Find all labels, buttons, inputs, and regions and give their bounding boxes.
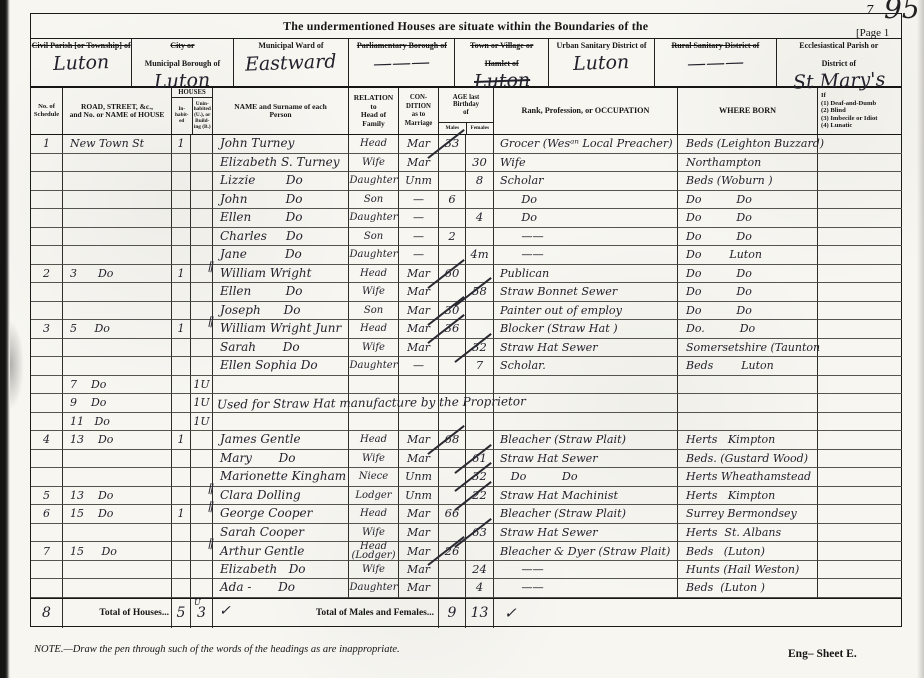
cell-inhabited: [172, 376, 191, 395]
cell-relation: Daughter: [349, 357, 399, 376]
cell-where-born: Herts Kimpton: [678, 487, 818, 506]
district-value: Luton: [53, 49, 110, 77]
district-value: Luton: [473, 67, 530, 95]
cell-road: 5 Do: [63, 320, 172, 339]
cell-relation: Wife: [349, 154, 399, 173]
cell-name: [213, 376, 349, 395]
cell-age-male: [439, 209, 466, 228]
cell-age-female: 22: [466, 487, 494, 506]
cell-road: [63, 154, 172, 173]
cell-age-female: 7: [466, 357, 494, 376]
cell-road: 13 Do: [63, 487, 172, 506]
col-header-infirmity: If (1) Deaf-and-Dumb (2) Blind (3) Imbec…: [818, 88, 902, 134]
cell-occupation: Straw Hat Sewer: [494, 524, 678, 543]
cell-inhabited: 1: [172, 265, 191, 284]
cell-road: [63, 561, 172, 580]
table-header-row: No. of Schedule ROAD, STREET, &c., and N…: [31, 88, 901, 135]
table-row: Sarah CooperWifeMar63Straw Hat SewerHert…: [31, 524, 901, 543]
cell-relation: Wife: [349, 283, 399, 302]
form-title-row: The undermentioned Houses are situate wi…: [31, 14, 901, 39]
cell-road: [63, 172, 172, 191]
cell-occupation: [494, 413, 678, 432]
cell-condition: Mar: [399, 339, 439, 358]
cell-condition: Mar: [399, 524, 439, 543]
cell-occupation: Bleacher (Straw Plait): [494, 431, 678, 450]
cell-relation: Daughter: [349, 246, 399, 265]
cell-schedule: 6: [31, 505, 63, 524]
cell-age-male: 60: [439, 265, 466, 284]
cell-uninhabited: [191, 135, 213, 154]
totals-left-mark: 8: [31, 599, 63, 628]
cell-age-male: 36: [439, 320, 466, 339]
table-row: Elizabeth S. TurneyWifeMar30WifeNorthamp…: [31, 154, 901, 173]
cell-where-born: Do Luton: [678, 246, 818, 265]
cell-road: 11 Do: [63, 413, 172, 432]
district-box-urban-sanitary: Urban Sanitary District of Luton: [549, 39, 655, 86]
cell-uninhabited: [191, 579, 213, 598]
cell-age-female: [466, 320, 494, 339]
cell-uninhabited: [191, 191, 213, 210]
cell-infirmity: [818, 579, 902, 598]
cell-name: Ada - Do: [213, 579, 349, 598]
district-label: Civil Parish [or Township] of: [32, 39, 131, 50]
cell-age-female: [466, 413, 494, 432]
cell-uninhabited: [191, 172, 213, 191]
cell-condition: Mar: [399, 579, 439, 598]
cell-inhabited: [172, 413, 191, 432]
cell-occupation: Scholar.: [494, 357, 678, 376]
cell-schedule: [31, 209, 63, 228]
cell-condition: —: [399, 246, 439, 265]
cell-road: [63, 450, 172, 469]
cell-road: 15 Do: [63, 505, 172, 524]
cell-name: Used for Straw Hat manufacture by the Pr…: [213, 394, 349, 413]
cell-road: New Town St: [63, 135, 172, 154]
district-value: St Mary's: [792, 66, 885, 95]
cell-age-male: 30: [439, 302, 466, 321]
cell-infirmity: [818, 228, 902, 247]
cell-road: [63, 246, 172, 265]
table-row: Ellen Sophia DoDaughter—7Scholar.Beds Lu…: [31, 357, 901, 376]
cell-age-female: 24: [466, 561, 494, 580]
cell-age-male: [439, 468, 466, 487]
cell-where-born: Do Do: [678, 265, 818, 284]
cell-relation: Head (Lodger): [349, 542, 399, 561]
cell-occupation: ——: [494, 561, 678, 580]
cell-uninhabited: [191, 154, 213, 173]
cell-age-female: 30: [466, 154, 494, 173]
cell-road: 9 Do: [63, 394, 172, 413]
cell-where-born: Herts Kimpton: [678, 431, 818, 450]
cell-road: 13 Do: [63, 431, 172, 450]
cell-schedule: [31, 357, 63, 376]
cell-where-born: Beds (Luton): [678, 542, 818, 561]
cell-name: Joseph Do: [213, 302, 349, 321]
cell-age-male: [439, 154, 466, 173]
cell-uninhabited: [191, 561, 213, 580]
cell-inhabited: [172, 209, 191, 228]
district-label: City or: [170, 41, 194, 50]
cell-infirmity: [818, 209, 902, 228]
cell-relation: Niece: [349, 468, 399, 487]
cell-occupation: ——: [494, 579, 678, 598]
cell-schedule: [31, 524, 63, 543]
cell-occupation: Wife: [494, 154, 678, 173]
col-header-males: Males: [439, 123, 467, 134]
cell-infirmity: [818, 357, 902, 376]
cell-inhabited: [172, 246, 191, 265]
cell-inhabited: 1: [172, 431, 191, 450]
cell-inhabited: [172, 487, 191, 506]
cell-condition: Mar: [399, 542, 439, 561]
cell-relation: [349, 413, 399, 432]
cell-occupation: Publican: [494, 265, 678, 284]
total-inhabited: 5: [172, 599, 191, 628]
cell-uninhabited: [191, 339, 213, 358]
cell-relation: Daughter: [349, 209, 399, 228]
cell-age-female: [466, 376, 494, 395]
district-value: Luton: [154, 67, 211, 95]
scan-edge-left: [0, 0, 10, 678]
cell-relation: Son: [349, 228, 399, 247]
cell-where-born: Do Do: [678, 228, 818, 247]
cell-inhabited: [172, 357, 191, 376]
cell-relation: Wife: [349, 561, 399, 580]
cell-road: [63, 357, 172, 376]
cell-where-born: Hunts (Hail Weston): [678, 561, 818, 580]
district-label: Ecclesiastical Parish or: [799, 41, 878, 50]
cell-age-male: [439, 376, 466, 395]
cell-age-female: 32: [466, 468, 494, 487]
cell-age-male: [439, 283, 466, 302]
cell-occupation: Bleacher & Dyer (Straw Plait): [494, 542, 678, 561]
district-box-municipal-ward: Municipal Ward of Eastward: [234, 39, 350, 86]
table-row: 9 Do1UUsed for Straw Hat manufacture by …: [31, 394, 901, 413]
cell-inhabited: 1: [172, 320, 191, 339]
cell-age-male: 2: [439, 228, 466, 247]
form-title: The undermentioned Houses are situate wi…: [283, 19, 649, 34]
cell-inhabited: [172, 191, 191, 210]
cell-infirmity: [818, 339, 902, 358]
cell-age-male: [439, 246, 466, 265]
cell-age-male: 68: [439, 431, 466, 450]
cell-schedule: 2: [31, 265, 63, 284]
table-row: John DoSon—6 DoDo Do: [31, 191, 901, 210]
table-row: Mary DoWifeMar61Straw Hat SewerBeds. (Gu…: [31, 450, 901, 469]
district-value: ———: [373, 49, 431, 77]
cell-road: 15 Do: [63, 542, 172, 561]
cell-age-male: 26: [439, 542, 466, 561]
cell-schedule: [31, 468, 63, 487]
cell-where-born: Herts St. Albans: [678, 524, 818, 543]
cell-occupation: Painter out of employ: [494, 302, 678, 321]
cell-condition: Mar: [399, 320, 439, 339]
cell-relation: Wife: [349, 450, 399, 469]
table-row: 35 Do1William Wright Junr∥HeadMar36Block…: [31, 320, 901, 339]
cell-schedule: 3: [31, 320, 63, 339]
cell-age-female: 58: [466, 283, 494, 302]
cell-condition: [399, 376, 439, 395]
cell-condition: Mar: [399, 561, 439, 580]
cell-name: James Gentle: [213, 431, 349, 450]
table-row: 715 DoArthur Gentle∥Head (Lodger)Mar26Bl…: [31, 542, 901, 561]
total-males: 9: [439, 599, 466, 628]
cell-occupation: Grocer (Wesᵃⁿ Local Preacher): [494, 135, 678, 154]
cell-relation: Daughter: [349, 579, 399, 598]
cell-infirmity: [818, 191, 902, 210]
cell-uninhabited: 1U: [191, 376, 213, 395]
cell-uninhabited: 1U: [191, 413, 213, 432]
cell-infirmity: [818, 172, 902, 191]
total-uninhabited: U 3: [191, 599, 213, 628]
cell-where-born: Do Do: [678, 302, 818, 321]
cell-road: [63, 524, 172, 543]
cell-where-born: Somersetshire (Taunton: [678, 339, 818, 358]
cell-schedule: [31, 154, 63, 173]
cell-schedule: [31, 413, 63, 432]
cell-inhabited: [172, 228, 191, 247]
cell-where-born: Do Do: [678, 283, 818, 302]
cell-name: Sarah Do: [213, 339, 349, 358]
cell-age-female: [466, 228, 494, 247]
cell-infirmity: [818, 154, 902, 173]
cell-relation: Daughter: [349, 172, 399, 191]
cell-age-female: [466, 191, 494, 210]
scan-smudge: [10, 320, 24, 410]
col-header-houses-group: HOUSES In- habit- ed Unin- habited (U.),…: [172, 88, 213, 134]
cell-inhabited: [172, 542, 191, 561]
cell-infirmity: [818, 135, 902, 154]
table-row: Marionette KinghamNieceUnm32 Do DoHerts …: [31, 468, 901, 487]
cell-road: [63, 283, 172, 302]
cell-relation: Son: [349, 302, 399, 321]
cell-age-female: [466, 135, 494, 154]
cell-relation: Head: [349, 265, 399, 284]
uninhabited-u-mark: U: [194, 598, 201, 607]
cell-schedule: [31, 339, 63, 358]
cell-age-male: [439, 524, 466, 543]
household-mark: ∥: [207, 316, 215, 330]
cell-relation: Head: [349, 320, 399, 339]
cell-occupation: Bleacher (Straw Plait): [494, 505, 678, 524]
cell-condition: Unm: [399, 487, 439, 506]
col-header-name: NAME and Surname of each Person: [213, 88, 349, 134]
page-label: [Page 1: [856, 27, 889, 39]
cell-inhabited: [172, 468, 191, 487]
table-row: Sarah DoWifeMar32Straw Hat SewerSomerset…: [31, 339, 901, 358]
cell-age-male: [439, 413, 466, 432]
cell-relation: [349, 376, 399, 395]
cell-condition: Mar: [399, 505, 439, 524]
total-males-females-label-cell: ✓ Total of Males and Females...: [213, 599, 439, 628]
household-mark: ∥: [207, 260, 215, 274]
cell-name: Ellen Do: [213, 209, 349, 228]
cell-schedule: [31, 376, 63, 395]
cell-relation: Head: [349, 505, 399, 524]
cell-occupation: Straw Bonnet Sewer: [494, 283, 678, 302]
table-row: Jane DoDaughter—4m ——Do Luton: [31, 246, 901, 265]
cell-where-born: [678, 413, 818, 432]
cell-where-born: Northampton: [678, 154, 818, 173]
corner-mark: 7: [866, 3, 874, 17]
cell-condition: Mar: [399, 135, 439, 154]
cell-condition: Mar: [399, 154, 439, 173]
district-label: Town or Village or: [470, 41, 533, 50]
cell-inhabited: 1: [172, 505, 191, 524]
district-box-ecclesiastical-parish: Ecclesiastical Parish or District of St …: [777, 39, 901, 86]
cell-age-male: [439, 450, 466, 469]
cell-age-female: 61: [466, 450, 494, 469]
cell-condition: Mar: [399, 283, 439, 302]
cell-where-born: Beds (Luton ): [678, 579, 818, 598]
cell-age-female: [466, 431, 494, 450]
cell-road: [63, 228, 172, 247]
cell-uninhabited: [191, 431, 213, 450]
census-form: The undermentioned Houses are situate wi…: [30, 13, 902, 627]
cell-where-born: Herts Wheathamstead: [678, 468, 818, 487]
table-row: 1New Town St1John TurneyHeadMar33Grocer …: [31, 135, 901, 154]
col-header-schedule: No. of Schedule: [31, 88, 63, 134]
cell-relation: Head: [349, 135, 399, 154]
col-header-condition: CON- DITION as to Marriage: [399, 88, 439, 134]
cell-inhabited: [172, 561, 191, 580]
cell-infirmity: [818, 524, 902, 543]
cell-name: Marionette Kingham: [213, 468, 349, 487]
cell-name: William Wright∥: [213, 265, 349, 284]
cell-schedule: [31, 172, 63, 191]
cell-age-female: 8: [466, 172, 494, 191]
table-row: Joseph DoSonMar30Painter out of employDo…: [31, 302, 901, 321]
cell-infirmity: [818, 561, 902, 580]
cell-age-male: [439, 487, 466, 506]
cell-occupation: Do Do: [494, 468, 678, 487]
cell-where-born: [678, 376, 818, 395]
cell-name: Ellen Sophia Do: [213, 357, 349, 376]
cell-age-female: 63: [466, 524, 494, 543]
cell-inhabited: [172, 394, 191, 413]
cell-inhabited: [172, 154, 191, 173]
district-box-town-village: Town or Village or Hamlet of Luton: [455, 39, 549, 86]
cell-occupation: Straw Hat Machinist: [494, 487, 678, 506]
cell-occupation: Blocker (Straw Hat ): [494, 320, 678, 339]
cell-where-born: Do Do: [678, 209, 818, 228]
cell-condition: Mar: [399, 265, 439, 284]
cell-age-female: 4: [466, 579, 494, 598]
district-header-row: Civil Parish [or Township] of Luton City…: [31, 39, 901, 88]
col-header-age-group: AGE last Birthday of Males Females: [439, 88, 494, 134]
cell-uninhabited: [191, 283, 213, 302]
cell-inhabited: [172, 339, 191, 358]
table-row: 615 Do1George Cooper∥HeadMar66Bleacher (…: [31, 505, 901, 524]
cell-where-born: Beds Luton: [678, 357, 818, 376]
cell-age-male: 6: [439, 191, 466, 210]
cell-schedule: [31, 228, 63, 247]
table-row: Charles DoSon—2 ——Do Do: [31, 228, 901, 247]
cell-road: [63, 209, 172, 228]
cell-name: Sarah Cooper: [213, 524, 349, 543]
table-row: Ellen DoDaughter—4 DoDo Do: [31, 209, 901, 228]
cell-condition: —: [399, 228, 439, 247]
cell-uninhabited: [191, 228, 213, 247]
cell-schedule: 1: [31, 135, 63, 154]
cell-name: John Turney: [213, 135, 349, 154]
cell-road: [63, 339, 172, 358]
cell-relation: Lodger: [349, 487, 399, 506]
cell-uninhabited: 1U: [191, 394, 213, 413]
total-check-cell: ✓: [494, 599, 902, 628]
cell-schedule: [31, 579, 63, 598]
cell-age-female: [466, 302, 494, 321]
cell-uninhabited: [191, 450, 213, 469]
cell-age-female: [466, 542, 494, 561]
cell-occupation: ——: [494, 228, 678, 247]
cell-age-male: [439, 357, 466, 376]
cell-infirmity: [818, 302, 902, 321]
cell-condition: —: [399, 191, 439, 210]
district-label: Rural Sanitary District of: [671, 39, 759, 50]
col-header-occupation: Rank, Profession, or OCCUPATION: [494, 88, 678, 134]
totals-row: 8 Total of Houses... 5 U 3 ✓ Total of Ma…: [31, 598, 901, 628]
cell-relation: Wife: [349, 339, 399, 358]
table-row: Lizzie DoDaughterUnm8ScholarBeds (Woburn…: [31, 172, 901, 191]
cell-age-male: 33: [439, 135, 466, 154]
cell-age-male: [439, 172, 466, 191]
cell-condition: Mar: [399, 302, 439, 321]
cell-condition: —: [399, 209, 439, 228]
district-label: Urban Sanitary District of: [557, 39, 647, 50]
cell-where-born: [678, 394, 818, 413]
cell-infirmity: [818, 283, 902, 302]
cell-infirmity: [818, 450, 902, 469]
cell-where-born: Beds (Woburn ): [678, 172, 818, 191]
cell-infirmity: [818, 505, 902, 524]
district-value: Luton: [573, 49, 630, 77]
sheet-label: Eng– Sheet E.: [788, 648, 857, 660]
district-value: Eastward: [245, 48, 337, 77]
cell-infirmity: [818, 376, 902, 395]
check-mark: ✓: [219, 603, 231, 619]
table-row: 513 DoClara Dolling∥LodgerUnm22Straw Hat…: [31, 487, 901, 506]
cell-infirmity: [818, 542, 902, 561]
cell-condition: —: [399, 357, 439, 376]
scan-edge-right: [917, 0, 924, 678]
district-box-parliamentary-borough: Parliamentary Borough of ———: [349, 39, 455, 86]
cell-name: Elizabeth S. Turney: [213, 154, 349, 173]
cell-where-born: Beds (Leighton Buzzard): [678, 135, 818, 154]
check-mark: ✓: [494, 604, 517, 622]
district-value: ———: [686, 49, 744, 77]
cell-condition: Mar: [399, 431, 439, 450]
col-header-relation: RELATION to Head of Family: [349, 88, 399, 134]
cell-road: [63, 468, 172, 487]
cell-schedule: [31, 561, 63, 580]
cell-schedule: [31, 450, 63, 469]
cell-occupation: [494, 376, 678, 395]
cell-road: [63, 191, 172, 210]
cell-occupation: Straw Hat Sewer: [494, 339, 678, 358]
total-houses-label: Total of Houses...: [63, 599, 172, 628]
cell-name: William Wright Junr∥: [213, 320, 349, 339]
footer-note: NOTE.—Draw the pen through such of the w…: [34, 644, 400, 655]
table-row: 23 Do1William Wright∥HeadMar60PublicanDo…: [31, 265, 901, 284]
cell-name: Jane Do: [213, 246, 349, 265]
cell-age-female: [466, 505, 494, 524]
household-mark: ∥: [207, 482, 215, 496]
cell-condition: Unm: [399, 468, 439, 487]
cell-relation: Wife: [349, 524, 399, 543]
district-box-rural-sanitary: Rural Sanitary District of ———: [655, 39, 777, 86]
cell-occupation: Straw Hat Sewer: [494, 450, 678, 469]
